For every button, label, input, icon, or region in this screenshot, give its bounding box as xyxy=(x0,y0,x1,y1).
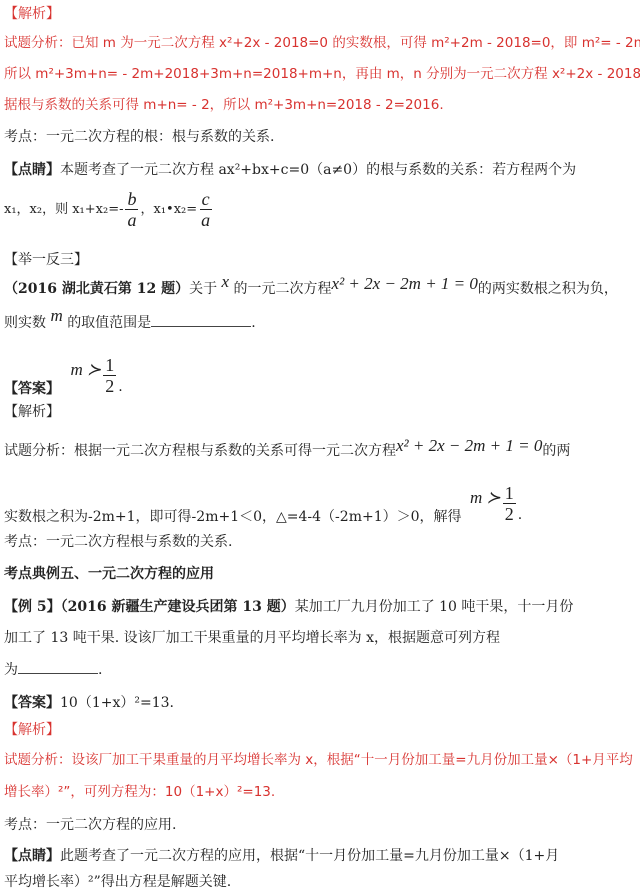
question-line-2: 则实数 m 的取值范围是. xyxy=(4,312,256,333)
fraction-one-half-2: 12 xyxy=(503,483,516,524)
kaodian-2: 考点：一元二次方程根与系数的关系. xyxy=(4,532,232,552)
answer-blank xyxy=(151,326,251,327)
analysis-heading-1: 【解析】 xyxy=(4,4,60,24)
question-line-1: （2016 湖北黄石第 12 题）关于 x 的一元二次方程x² + 2x − 2… xyxy=(4,278,618,299)
dianjing-3-line-1: 【点睛】此题考查了一元二次方程的应用，根据“十一月份加工量=九月份加工量×（1+… xyxy=(4,846,559,866)
dianjing-text: 本题考查了一元二次方程 ax²+bx+c=0（a≠0）的根与系数的关系：若方程两… xyxy=(60,162,576,178)
analysis-heading-2: 【解析】 xyxy=(4,402,60,422)
fraction-c-over-a: ca xyxy=(199,189,212,230)
example-answer: 【答案】10（1+x）²=13. xyxy=(4,693,174,713)
analysis2-line-1: 试题分析：根据一元二次方程根与系数的关系可得一元二次方程x² + 2x − 2m… xyxy=(4,440,570,461)
analysis3-line-1: 试题分析：设该厂加工干果重量的月平均增长率为 x，根据“十一月份加工量=九月份加… xyxy=(4,750,633,770)
kaodian-3: 考点：一元二次方程的应用. xyxy=(4,815,176,835)
example-answer-label: 【答案】 xyxy=(4,695,60,711)
vieta-formula: x₁，x₂，则 x₁+x₂=-ba，x₁•x₂=ca xyxy=(4,188,214,232)
fraction-b-over-a: ba xyxy=(125,189,138,230)
dianjing-label: 【点睛】 xyxy=(4,162,60,178)
analysis-heading-3: 【解析】 xyxy=(4,720,60,740)
example-source: （2016 新疆生产建设兵团第 13 题） xyxy=(61,599,295,615)
dianjing-label-3: 【点睛】 xyxy=(4,848,60,864)
practice-heading: 【举一反三】 xyxy=(4,250,88,270)
example-line-2: 加工了 13 吨干果. 设该厂加工干果重量的月平均增长率为 x，根据题意可列方程 xyxy=(4,628,500,648)
answer-line: 【答案】 m ≻12. xyxy=(4,350,123,399)
dianjing-1: 【点睛】本题考查了一元二次方程 ax²+bx+c=0（a≠0）的根与系数的关系：… xyxy=(4,160,576,180)
question-source: （2016 湖北黄石第 12 题） xyxy=(4,281,189,297)
variable-x: x xyxy=(222,272,230,291)
analysis-line-3: 据根与系数的关系可得 m+n= - 2，所以 m²+3m+n=2018 - 2=… xyxy=(4,95,444,115)
variable-m: m xyxy=(50,306,62,325)
fraction-one-half: 12 xyxy=(103,355,116,396)
analysis-line-1: 试题分析：已知 m 为一元二次方程 x²+2x - 2018=0 的实数根，可得… xyxy=(4,33,640,53)
example-line-3: 为. xyxy=(4,660,102,680)
example-blank xyxy=(18,673,98,674)
analysis-line-2: 所以 m²+3m+n= - 2m+2018+3m+n=2018+m+n，再由 m… xyxy=(4,64,640,84)
section-title: 考点典例五、一元二次方程的应用 xyxy=(4,564,214,584)
formula-prefix: x₁，x₂，则 x₁+x₂=- xyxy=(4,202,123,217)
analysis2-line-2: 实数根之积为-2m+1，即可得-2m+1＜0，△=4-4（-2m+1）＞0，解得… xyxy=(4,478,522,527)
formula-mid: ，x₁•x₂= xyxy=(140,202,197,217)
answer-label: 【答案】 xyxy=(4,381,60,397)
kaodian-1: 考点：一元二次方程的根：根与系数的关系. xyxy=(4,127,274,147)
example-line-1: 【例 5】（2016 新疆生产建设兵团第 13 题）某加工厂九月份加工了 10 … xyxy=(4,597,573,617)
dianjing-3-line-2: 平均增长率）²”得出方程是解题关键. xyxy=(4,872,231,892)
example-label: 【例 5】 xyxy=(4,599,61,615)
analysis3-line-2: 增长率）²”，可列方程为：10（1+x）²=13. xyxy=(4,782,275,802)
equation: x² + 2x − 2m + 1 = 0 xyxy=(332,274,478,293)
